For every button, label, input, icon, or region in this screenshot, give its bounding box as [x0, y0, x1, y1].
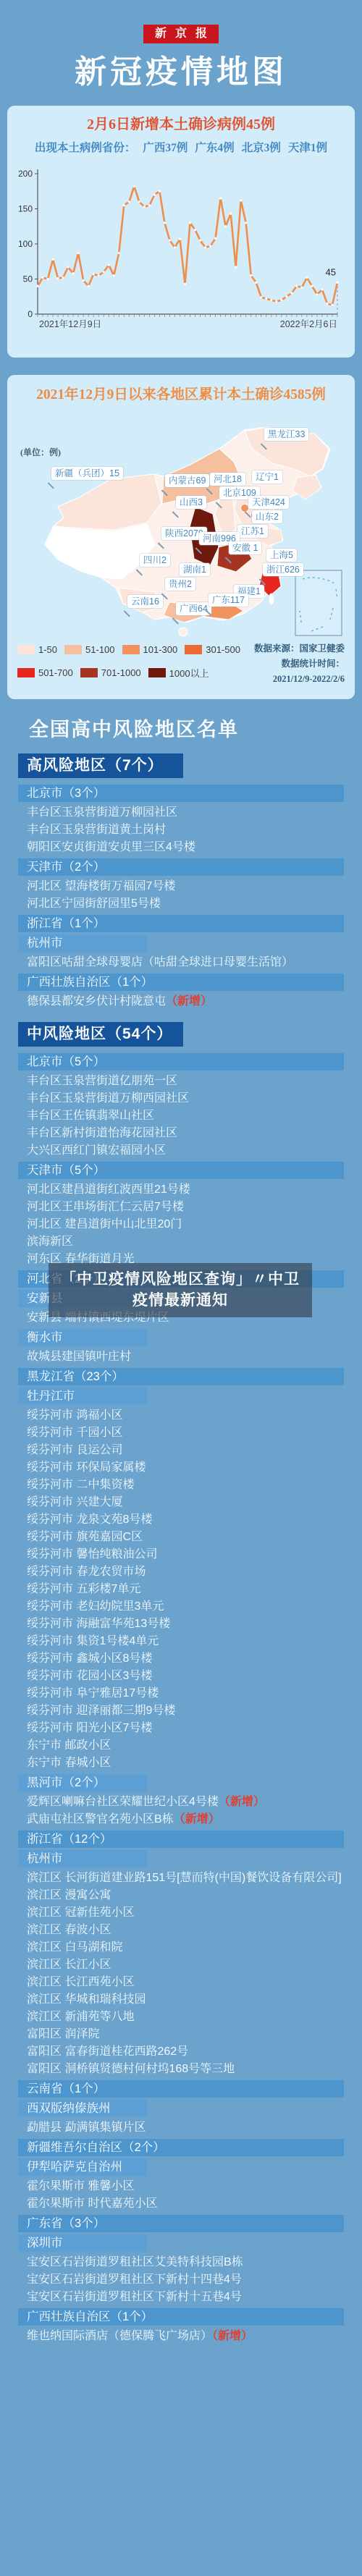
region-label-chip: 黑龙江33 — [264, 428, 308, 442]
new-tag: （新增） — [212, 2330, 253, 2342]
risk-area-item: 爱辉区喇嘛台社区荣耀世纪小区4号楼（新增） — [18, 1794, 344, 1811]
data-point — [260, 297, 262, 299]
risk-area-text: 绥芬河市 环保局家属楼 — [27, 1461, 146, 1474]
data-point — [199, 240, 201, 242]
data-point — [204, 247, 206, 249]
header-text: 杭州市 — [27, 937, 63, 950]
y-tick-label: 150 — [18, 204, 33, 214]
risk-area-text: 霍尔果斯市 雅馨小区 — [27, 2180, 134, 2192]
daily-subline-items: 广西37例广东4例北京3例天津1例 — [135, 142, 327, 154]
risk-area-item: 勐腊县 勐满镇集镇片区 — [18, 2119, 344, 2137]
risk-area-text: 宝安区石岩街道罗租社区下新村十四巷4号 — [27, 2273, 242, 2286]
unit-note: (单位：例) — [20, 446, 61, 458]
risk-area-text: 滨江区 新浦苑等八地 — [27, 2011, 134, 2023]
map-panel: 2021年12月9日以来各地区累计本土确诊4585例 — [7, 375, 355, 699]
city-header: 西双版纳傣族州 — [18, 2100, 147, 2117]
city-header: 杭州市 — [18, 934, 147, 952]
source-line: 数据来源：国家卫健委 — [248, 641, 345, 656]
data-point — [235, 266, 237, 269]
legend-entry: 701-1000 — [80, 663, 141, 683]
province-header: 云南省（1个） — [18, 2080, 344, 2098]
data-point — [224, 226, 227, 228]
map-legend: 1-5051-100101-300301-500501-700701-10001… — [17, 641, 248, 688]
data-point — [300, 287, 303, 289]
header-text: 浙江省（12个） — [27, 1833, 111, 1846]
province-header: 北京市（3个） — [18, 785, 344, 802]
risk-area-text: 丰台区玉泉营街道万柳园社区 — [27, 806, 177, 819]
risk-area-item: 绥芬河市 环保局家属楼 — [18, 1459, 344, 1477]
risk-area-text: 武庙屯社区警官名苑小区B栋 — [27, 1813, 174, 1825]
data-point — [230, 213, 232, 215]
data-point — [280, 299, 282, 301]
data-point — [103, 271, 105, 274]
risk-area-item: 东宁市 邮政小区 — [18, 1737, 344, 1754]
city-header: 伊犁哈萨克自治州 — [18, 2158, 147, 2176]
province-case-count: 广东4例 — [195, 142, 234, 154]
risk-area-text: 绥芬河市 老妇幼院里3单元 — [27, 1600, 164, 1613]
line-chart-svg: 050100150200452021年12月9日2022年2月6日 — [13, 162, 349, 336]
risk-area-text: 绥芬河市 二中集资楼 — [27, 1479, 134, 1491]
risk-area-text: 滨江区 华城和瑞科技园 — [27, 1993, 146, 2006]
x-end-label: 2022年2月6日 — [280, 318, 337, 329]
header-text: 云南省（1个） — [27, 2082, 105, 2095]
risk-area-text: 滨江区 春波小区 — [27, 1924, 111, 1936]
risk-area-item: 富阳区 富春街道桂花西路262号 — [18, 2043, 344, 2061]
risk-area-text: 绥芬河市 海融富华苑13号楼 — [27, 1618, 170, 1630]
risk-area-item: 绥芬河市 二中集资楼 — [18, 1477, 344, 1494]
daily-line-chart: 050100150200452021年12月9日2022年2月6日 — [13, 162, 349, 339]
new-tag: （新增） — [219, 1796, 265, 1808]
data-point — [316, 294, 318, 296]
risk-area-text: 绥芬河市 迎泽丽都三期9号楼 — [27, 1705, 175, 1717]
legend-swatch — [17, 668, 35, 677]
header-text: 深圳市 — [27, 2237, 63, 2250]
data-point — [128, 201, 130, 203]
risk-area-text: 绥芬河市 鸿福小区 — [27, 1409, 122, 1422]
header-text: 广西壮族自治区（1个） — [27, 2310, 153, 2323]
risk-area-text: 绥芬河市 春龙农贸市场 — [27, 1566, 146, 1578]
risk-area-text: 绥芬河市 馨怡纯粮油公司 — [27, 1548, 157, 1561]
data-point — [275, 300, 277, 303]
risk-area-text: 大兴区西红门镇宏福园小区 — [27, 1144, 166, 1157]
province-header: 广东省（3个） — [18, 2215, 344, 2232]
data-point — [143, 206, 146, 208]
legend-swatch — [64, 645, 82, 654]
data-point — [336, 282, 338, 284]
region-label-chip: 山西3 — [176, 496, 206, 510]
data-point — [179, 238, 181, 240]
page-title: 新冠疫情地图 — [0, 55, 362, 90]
risk-area-item: 绥芬河市 五彩楼7单元 — [18, 1581, 344, 1598]
data-point — [326, 303, 328, 305]
data-point — [36, 285, 38, 287]
legend-label: 301-500 — [206, 644, 240, 655]
y-tick-label: 200 — [18, 169, 33, 179]
data-point — [321, 289, 323, 291]
risk-list-title: 全国高中风险地区名单 — [29, 718, 362, 741]
risk-area-item: 滨江区 冠新佳苑小区 — [18, 1904, 344, 1922]
data-point — [67, 266, 70, 269]
data-point — [56, 277, 59, 279]
header-text: 西双版纳傣族州 — [27, 2102, 111, 2115]
risk-area-item: 河北区建昌道街红波西里21号楼 — [18, 1181, 344, 1199]
risk-area-item: 绥芬河市 鑫城小区8号楼 — [18, 1650, 344, 1668]
city-header: 杭州市 — [18, 1850, 147, 1867]
risk-area-text: 朝阳区安贞街道安贞里三区4号楼 — [27, 841, 195, 853]
risk-area-item: 滨江区 长江西苑小区 — [18, 1974, 344, 1991]
province-header: 天津市（5个） — [18, 1162, 344, 1179]
risk-area-item: 绥芬河市 花园小区3号楼 — [18, 1668, 344, 1685]
risk-area-text: 绥芬河市 龙泉文苑8号楼 — [27, 1513, 152, 1526]
risk-area-item: 滨江区 白马湖和院 — [18, 1939, 344, 1956]
legend-entry: 101-300 — [122, 641, 178, 658]
risk-area-item: 绥芬河市 馨怡纯粮油公司 — [18, 1546, 344, 1563]
risk-level-header: 高风险地区（7个） — [18, 753, 183, 778]
region-label-chip: 新疆（兵团）15 — [51, 467, 123, 481]
region-label-chip: 湖南1 — [180, 563, 210, 577]
risk-area-text: 绥芬河市 五彩楼7单元 — [27, 1583, 140, 1595]
case-trend-line — [38, 187, 337, 305]
data-point — [159, 190, 161, 193]
data-point — [98, 274, 100, 276]
y-tick-label: 50 — [23, 274, 33, 284]
legend-swatch — [185, 645, 202, 654]
city-header: 衡水市 — [18, 1329, 147, 1346]
risk-area-item: 滨江区 春波小区 — [18, 1922, 344, 1939]
province-shape — [292, 475, 321, 499]
province-case-count: 天津1例 — [288, 142, 327, 154]
risk-area-item: 德保县都安乡伏计村陇意屯（新增） — [18, 993, 344, 1010]
data-point — [118, 252, 120, 254]
data-point — [83, 279, 85, 282]
region-label-chip: 贵州2 — [165, 578, 195, 591]
y-tick-label: 0 — [28, 309, 33, 319]
infographic-page: { "page": { "badge": "新京报", "title": "新冠… — [0, 0, 362, 2576]
data-point — [265, 297, 267, 300]
risk-area-item: 绥芬河市 阳光小区7号楼 — [18, 1720, 344, 1737]
data-point — [285, 296, 287, 298]
data-point — [153, 194, 156, 196]
x-start-label: 2021年12月9日 — [39, 318, 101, 329]
masthead: 新京报 新冠疫情地图 — [0, 0, 362, 90]
period-line: 数据统计时间：2021/12/9-2022/2/6 — [248, 656, 345, 688]
risk-area-text: 滨江区 冠新佳苑小区 — [27, 1906, 134, 1919]
legend-swatch — [148, 668, 166, 677]
risk-area-item: 丰台区王佐镇翡翠山社区 — [18, 1107, 344, 1125]
watermark-overlay: 「中卫疫情风险地区查询」〃中卫疫情最新通知 — [49, 1263, 312, 1317]
risk-area-text: 富阳区 润泽院 — [27, 2028, 99, 2040]
risk-area-item: 滨江区 华城和瑞科技园 — [18, 1991, 344, 2009]
risk-area-item: 丰台区玉泉营街道万柳园社区 — [18, 804, 344, 822]
risk-area-text: 绥芬河市 花园小区3号楼 — [27, 1670, 152, 1682]
risk-area-item: 东宁市 春城小区 — [18, 1754, 344, 1772]
risk-area-text: 霍尔果斯市 时代嘉苑小区 — [27, 2197, 157, 2210]
risk-area-item: 绥芬河市 老妇幼院里3单元 — [18, 1598, 344, 1616]
china-map-box: (单位：例) 黑龙江33新疆（兵团）15内蒙古69河北18辽宁1北京109天津4… — [13, 405, 349, 638]
data-point — [51, 258, 54, 261]
header-text: 伊犁哈萨克自治州 — [27, 2161, 122, 2174]
risk-area-item: 宝安区石岩街道罗租社区下新村十五巷4号 — [18, 2289, 344, 2306]
data-point — [123, 204, 125, 206]
risk-area-item: 河北区 建昌道街中山北里20门 — [18, 1216, 344, 1233]
data-point — [113, 274, 115, 276]
province-header: 北京市（5个） — [18, 1053, 344, 1070]
map-source: 数据来源：国家卫健委 数据统计时间：2021/12/9-2022/2/6 — [248, 641, 345, 688]
map-footer: 1-5051-100101-300301-500501-700701-10001… — [13, 641, 349, 688]
risk-area-item: 河北区宁园街舒园里5号楼 — [18, 895, 344, 913]
data-point — [148, 204, 151, 206]
risk-area-text: 绥芬河市 兴建大厦 — [27, 1496, 122, 1508]
risk-area-text: 丰台区玉泉营街道黄土岗村 — [27, 824, 166, 836]
risk-area-text: 富阳区 富春街道桂花西路262号 — [27, 2045, 188, 2058]
province-header: 新疆维吾尔自治区（2个） — [18, 2139, 344, 2156]
region-label-chip: 四川2 — [140, 554, 170, 567]
risk-area-item: 宝安区石岩街道罗租社区下新村十四巷4号 — [18, 2271, 344, 2289]
header-text: 黑龙江省（23个） — [27, 1370, 124, 1383]
risk-area-text: 绥芬河市 鑫城小区8号楼 — [27, 1652, 152, 1665]
risk-area-item: 丰台区玉泉营街道黄土岗村 — [18, 822, 344, 839]
risk-area-text: 维也纳国际酒店（德保腾飞广场店） — [27, 2330, 212, 2342]
data-point — [88, 285, 90, 287]
data-point — [62, 276, 64, 279]
header-text: 黑河市（2个） — [27, 1776, 105, 1789]
legend-label: 701-1000 — [101, 667, 141, 678]
data-point — [41, 276, 43, 279]
risk-level-header: 中风险地区（54个） — [18, 1022, 183, 1047]
risk-area-text: 滨江区 长河街道建业路151号[慧而特(中国)餐饮设备有限公司] — [27, 1872, 342, 1884]
risk-area-item: 滨江区 长河街道建业路151号[慧而特(中国)餐饮设备有限公司] — [18, 1870, 344, 1887]
risk-area-item: 绥芬河市 旗苑嘉园C区 — [18, 1529, 344, 1546]
region-label-chip: 广东117 — [209, 594, 248, 607]
risk-area-item: 滨江区 新浦苑等八地 — [18, 2009, 344, 2026]
risk-area-item: 绥芬河市 兴建大厦 — [18, 1494, 344, 1511]
legend-entry: 51-100 — [64, 641, 114, 658]
risk-area-text: 德保县都安乡伏计村陇意屯 — [27, 995, 166, 1008]
legend-entry: 1000以上 — [148, 663, 209, 683]
region-label-chip: 辽宁1 — [252, 470, 282, 484]
risk-area-item: 滨江区 漫寓公寓 — [18, 1887, 344, 1904]
data-point — [194, 229, 196, 231]
risk-area-item: 丰台区玉泉营街道万柳西园社区 — [18, 1090, 344, 1107]
daily-subline-label: 出现本土病例省份： — [35, 142, 136, 154]
data-point — [174, 247, 176, 249]
risk-area-text: 勐腊县 勐满镇集镇片区 — [27, 2121, 146, 2134]
risk-area-text: 河北区建昌道街红波西里21号楼 — [27, 1183, 190, 1196]
header-text: 高风险地区（7个） — [27, 757, 164, 774]
data-point — [164, 222, 166, 224]
region-label-chip: 天津424 — [248, 496, 289, 510]
data-point — [169, 240, 171, 242]
city-header: 牡丹江市 — [18, 1388, 147, 1405]
risk-area-text: 滨江区 漫寓公寓 — [27, 1889, 111, 1901]
risk-list: 高风险地区（7个）北京市（3个）丰台区玉泉营街道万柳园社区丰台区玉泉营街道黄土岗… — [18, 753, 344, 2345]
data-point — [255, 282, 257, 284]
region-label-chip: 内蒙古69 — [165, 474, 209, 488]
legend-entry: 1-50 — [17, 641, 57, 658]
data-point — [93, 274, 95, 276]
header-text: 北京市（3个） — [27, 787, 105, 800]
data-point — [108, 264, 110, 266]
region-label-chip: 河北18 — [210, 473, 245, 486]
province-case-count: 广西37例 — [143, 142, 188, 154]
risk-area-text: 东宁市 邮政小区 — [27, 1739, 111, 1752]
risk-area-text: 滨江区 长江小区 — [27, 1959, 111, 1971]
risk-area-text: 河北区 望海楼街万福园7号楼 — [27, 880, 175, 892]
province-header: 黑龙江省（23个） — [18, 1368, 344, 1385]
risk-area-item: 绥芬河市 集资1号楼4单元 — [18, 1633, 344, 1650]
header-text: 广西壮族自治区（1个） — [27, 976, 153, 989]
risk-area-text: 宝安区石岩街道罗租社区艾美特科技园B栋 — [27, 2256, 243, 2268]
risk-area-text: 绥芬河市 阜宁雅居17号楼 — [27, 1687, 159, 1699]
risk-area-item: 武庙屯社区警官名苑小区B栋（新增） — [18, 1811, 344, 1828]
risk-area-text: 绥芬河市 集资1号楼4单元 — [27, 1635, 159, 1647]
y-tick-label: 100 — [18, 239, 33, 249]
risk-area-item: 绥芬河市 良运公司 — [18, 1442, 344, 1459]
header-text: 天津市（2个） — [27, 861, 105, 874]
new-tag: （新增） — [174, 1813, 220, 1825]
city-header: 黑河市（2个） — [18, 1774, 147, 1791]
risk-area-item: 宝安区石岩街道罗租社区艾美特科技园B栋 — [18, 2254, 344, 2271]
header-text: 杭州市 — [27, 1852, 63, 1865]
region-label-chip: 上海5 — [266, 549, 297, 562]
risk-area-text: 滨江区 白马湖和院 — [27, 1941, 122, 1954]
data-point — [189, 222, 191, 224]
legend-swatch — [122, 645, 140, 654]
hainan-shape — [179, 628, 188, 636]
header-text: 广东省（3个） — [27, 2217, 105, 2230]
province-header: 天津市（2个） — [18, 858, 344, 876]
newspaper-badge: 新京报 — [143, 25, 219, 43]
province-shape — [54, 474, 161, 530]
risk-area-item: 绥芬河市 阜宁雅居17号楼 — [18, 1685, 344, 1702]
risk-area-text: 富阳区咕甜全球母婴店（咕甜全球进口母婴生活馆） — [27, 956, 293, 968]
risk-area-item: 霍尔果斯市 雅馨小区 — [18, 2178, 344, 2195]
risk-area-item: 富阳区 润泽院 — [18, 2026, 344, 2043]
risk-area-text: 丰台区新村街道怡海花园社区 — [27, 1127, 177, 1139]
risk-area-text: 爱辉区喇嘛台社区荣耀世纪小区4号楼 — [27, 1796, 219, 1808]
data-point — [184, 283, 186, 285]
last-value-label: 45 — [326, 267, 336, 278]
risk-area-item: 绥芬河市 迎泽丽都三期9号楼 — [18, 1702, 344, 1720]
header-text: 浙江省（1个） — [27, 917, 105, 930]
data-point — [270, 299, 272, 301]
header-text: 北京市（5个） — [27, 1055, 105, 1068]
risk-area-item: 滨海新区 — [18, 1233, 344, 1251]
data-point — [240, 200, 242, 202]
risk-area-text: 富阳区 洞桥镇贤德村何村坞168号等三地 — [27, 2063, 235, 2075]
risk-area-text: 绥芬河市 阳光小区7号楼 — [27, 1722, 152, 1734]
risk-area-item: 绥芬河市 千园小区 — [18, 1424, 344, 1442]
legend-label: 1000以上 — [169, 666, 209, 680]
risk-area-item: 丰台区新村街道怡海花园社区 — [18, 1125, 344, 1142]
risk-area-item: 富阳区 洞桥镇贤德村何村坞168号等三地 — [18, 2061, 344, 2078]
legend-label: 501-700 — [38, 667, 73, 678]
legend-entry: 501-700 — [17, 663, 73, 683]
map-headline: 2021年12月9日以来各地区累计本土确诊4585例 — [13, 387, 349, 403]
data-point — [295, 285, 298, 287]
risk-area-text: 河北区宁园街舒园里5号楼 — [27, 898, 161, 910]
risk-area-text: 丰台区玉泉营街道亿朋苑一区 — [27, 1075, 177, 1087]
legend-label: 101-300 — [143, 644, 178, 655]
risk-area-text: 丰台区玉泉营街道万柳西园社区 — [27, 1092, 189, 1105]
risk-area-item: 霍尔果斯市 时代嘉苑小区 — [18, 2195, 344, 2213]
risk-area-item: 绥芬河市 龙泉文苑8号楼 — [18, 1511, 344, 1529]
data-point — [250, 274, 252, 276]
risk-area-item: 维也纳国际酒店（德保腾飞广场店）（新增） — [18, 2328, 344, 2345]
risk-area-text: 故城县建国镇叶庄村 — [27, 1351, 131, 1363]
province-header: 广西壮族自治区（1个） — [18, 974, 344, 991]
header-text: 天津市（5个） — [27, 1164, 105, 1177]
province-case-count: 北京3例 — [242, 142, 281, 154]
taiwan-shape — [269, 594, 274, 605]
risk-area-text: 绥芬河市 千园小区 — [27, 1427, 122, 1439]
risk-area-item: 富阳区咕甜全球母婴店（咕甜全球进口母婴生活馆） — [18, 954, 344, 971]
data-point — [133, 185, 135, 187]
legend-label: 1-50 — [38, 644, 57, 655]
risk-area-text: 绥芬河市 旗苑嘉园C区 — [27, 1531, 143, 1543]
header-text: 衡水市 — [27, 1331, 63, 1344]
risk-area-text: 河北区王串场街汇仁云居7号楼 — [27, 1201, 184, 1213]
risk-area-item: 滨江区 长江小区 — [18, 1956, 344, 1974]
risk-area-item: 绥芬河市 春龙农贸市场 — [18, 1563, 344, 1581]
region-label-chip: 浙江626 — [263, 563, 303, 577]
header-text: 牡丹江市 — [27, 1390, 75, 1403]
risk-area-text: 丰台区王佐镇翡翠山社区 — [27, 1110, 154, 1122]
data-point — [306, 276, 308, 279]
legend-entry: 301-500 — [185, 641, 240, 658]
province-header: 广西壮族自治区（1个） — [18, 2308, 344, 2326]
daily-headline: 2月6日新增本土确诊病例45例 — [13, 116, 349, 133]
data-point — [46, 278, 49, 280]
legend-swatch — [80, 668, 98, 677]
daily-cases-panel: 2月6日新增本土确诊病例45例 出现本土病例省份：广西37例广东4例北京3例天津… — [7, 106, 355, 358]
legend-label: 51-100 — [85, 644, 114, 655]
risk-area-item: 绥芬河市 鸿福小区 — [18, 1407, 344, 1424]
risk-area-text: 河北区 建昌道街中山北里20门 — [27, 1218, 182, 1230]
risk-area-item: 大兴区西红门镇宏福园小区 — [18, 1142, 344, 1160]
risk-area-item: 绥芬河市 海融富华苑13号楼 — [18, 1616, 344, 1633]
risk-area-text: 滨海新区 — [27, 1236, 73, 1248]
risk-area-item: 河北区 望海楼街万福园7号楼 — [18, 878, 344, 895]
risk-area-text: 东宁市 春城小区 — [27, 1757, 111, 1769]
data-point — [245, 222, 247, 224]
daily-subline: 出现本土病例省份：广西37例广东4例北京3例天津1例 — [13, 139, 349, 155]
risk-area-item: 朝阳区安贞街道安贞里三区4号楼 — [18, 839, 344, 856]
data-point — [209, 245, 211, 248]
data-point — [214, 237, 216, 240]
header-text: 中风险地区（54个） — [27, 1026, 172, 1042]
province-header: 浙江省（1个） — [18, 915, 344, 932]
risk-area-item: 故城县建国镇叶庄村 — [18, 1348, 344, 1366]
sea-inset-box — [295, 570, 342, 635]
region-label-chip: 云南16 — [127, 595, 163, 609]
region-label-chip: 安徽 1 — [229, 541, 261, 555]
data-point — [77, 252, 80, 254]
data-point — [331, 304, 333, 306]
risk-area-text: 宝安区石岩街道罗租社区下新村十五巷4号 — [27, 2291, 242, 2303]
data-point — [311, 285, 313, 287]
risk-area-text: 绥芬河市 良运公司 — [27, 1444, 122, 1456]
risk-area-item: 河北区王串场街汇仁云居7号楼 — [18, 1199, 344, 1216]
data-point — [219, 198, 222, 200]
region-label-chip: 山东2 — [252, 510, 282, 524]
province-header: 浙江省（12个） — [18, 1830, 344, 1848]
new-tag: （新增） — [166, 995, 212, 1008]
data-point — [138, 201, 140, 203]
city-header: 深圳市 — [18, 2234, 147, 2252]
risk-area-item: 丰台区玉泉营街道亿朋苑一区 — [18, 1073, 344, 1090]
data-point — [72, 273, 75, 275]
